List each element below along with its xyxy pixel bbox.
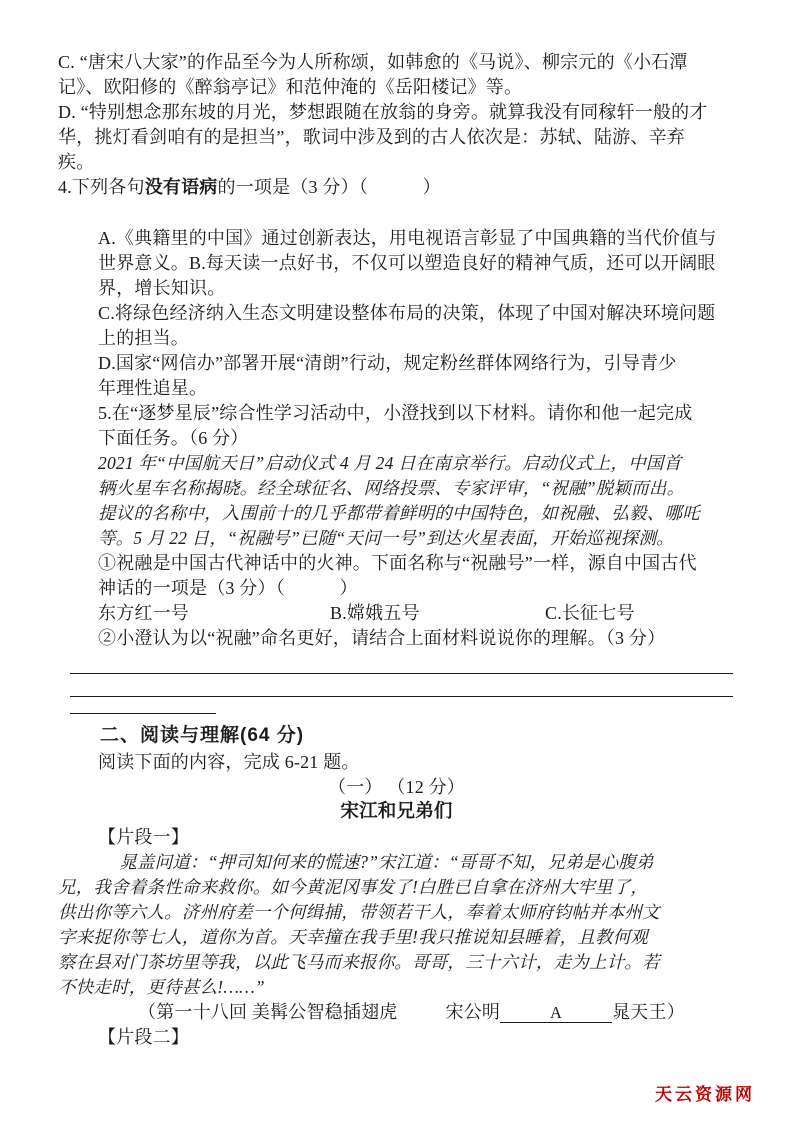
q4-option-line: 上的担当。 — [98, 326, 735, 351]
q5-sub1-line1: ①祝融是中国古代神话中的火神。下面名称与“祝融号”一样，源自中国古代 — [98, 551, 735, 576]
answer-line — [70, 651, 733, 674]
q5-sub2: ②小澄认为以“祝融”命名更好，请结合上面材料说说你的理解。（3 分） — [98, 626, 735, 651]
q5-material-line: 2021 年“中国航天日”启动仪式 4 月 24 日在南京举行。启动仪式上，中国… — [98, 451, 735, 476]
reading-title: 宋江和兄弟们 — [58, 800, 735, 825]
fragment2-label: 【片段二】 — [98, 1025, 735, 1050]
q4-stem-bold-phrase: 没有语病 — [145, 177, 218, 197]
q5-material-line: 等。5 月 22 日，“祝融号”已随“天问一号”到达火星表面，开始巡视探测。 — [98, 526, 735, 551]
q4-stem: 4.下列各句没有语病的一项是（3 分）（ ） — [58, 175, 735, 200]
exam-paper-page: C. “唐宋八大家”的作品至今为人所称颂，如韩愈的《马说》、柳宗元的《小石潭 记… — [0, 0, 793, 1050]
q3-option-d-line1: D. “特别想念那东坡的月光，梦想跟随在放翁的身旁。就算我没有同稼轩一般的才 — [58, 100, 735, 125]
section2-intro: 阅读下面的内容，完成 6-21 题。 — [98, 750, 735, 775]
answer-line-short — [70, 697, 216, 714]
passage-line: 字来捉你等七人，道你为首。天幸撞在我手里!我只推说知县睡着，且教何观 — [58, 925, 735, 950]
q3-option-c-line1: C. “唐宋八大家”的作品至今为人所称颂，如韩愈的《马说》、柳宗元的《小石潭 — [58, 50, 735, 75]
fragment1-label: 【片段一】 — [98, 825, 735, 850]
attribution-blank-a: A — [500, 1003, 612, 1023]
q3-option-d-line3: 疾。 — [58, 150, 735, 175]
q5-material-line: 提议的名称中，入围前十的几乎都带着鲜明的中国特色，如祝融、弘毅、哪吒 — [98, 501, 735, 526]
q4-stem-suffix: 的一项是（3 分）（ ） — [218, 177, 441, 197]
q5-sub1-line2: 神话的一项是（3 分）（ ） — [98, 576, 735, 601]
section2-heading: 二、阅读与理解(64 分) — [100, 722, 735, 750]
q4-option-line: C.将绿色经济纳入生态文明建设整体布局的决策，体现了中国对解决环境问题 — [98, 301, 735, 326]
spacer — [58, 200, 735, 226]
q3-option-d-line2: 华，挑灯看剑咱有的是担当”，歌词中涉及到的古人依次是：苏轼、陆游、辛弃 — [58, 125, 735, 150]
part-label: （一） （12 分） — [58, 775, 735, 800]
passage-line: 晁盖问道：“押司知何来的慌速?”宋江道：“哥哥不知，兄弟是心腹弟 — [58, 850, 735, 875]
attribution-suffix: 晁天王） — [612, 1002, 685, 1022]
q5-option-b: B.嫦娥五号 — [330, 601, 545, 626]
passage-attribution: （第一十八回 美髯公智稳插翅虎宋公明A晁天王） — [138, 1000, 735, 1025]
q5-material-line: 辆火星车名称揭晓。经全球征名、网络投票、专家评审，“祝融”脱颖而出。 — [98, 476, 735, 501]
site-watermark: 天云资源网 — [655, 1080, 755, 1105]
q4-option-line: 世界意义。B.每天读一点好书，不仅可以塑造良好的精神气质，还可以开阔眼 — [98, 251, 735, 276]
passage-line: 兄，我舍着条性命来救你。如今黄泥冈事发了!白胜已自拿在济州大牢里了， — [58, 875, 735, 900]
q4-option-line: 界，增长知识。 — [98, 276, 735, 301]
q4-option-line: D.国家“网信办”部署开展“清朗”行动，规定粉丝群体网络行为，引导青少 — [98, 351, 735, 376]
q4-stem-prefix: 4.下列各句 — [58, 177, 145, 197]
q5-option-c: C.长征七号 — [545, 601, 635, 626]
answer-line — [70, 674, 733, 697]
attribution-name: 宋公明 — [446, 1002, 501, 1022]
attribution-chapter: （第一十八回 美髯公智稳插翅虎 — [138, 1002, 398, 1022]
q5-stem-line2: 下面任务。（6 分） — [98, 426, 735, 451]
q5-stem-line1: 5.在“逐梦星辰”综合性学习活动中，小澄找到以下材料。请你和他一起完成 — [98, 401, 735, 426]
q4-option-line: 年理性追星。 — [98, 376, 735, 401]
q4-option-line: A.《典籍里的中国》通过创新表达，用电视语言彰显了中国典籍的当代价值与 — [98, 226, 735, 251]
passage-line: 供出你等六人。济州府差一个何缉捕，带领若干人，奉着太师府钧帖并本州文 — [58, 900, 735, 925]
passage-line: 不快走时，更待甚么!……” — [58, 975, 735, 1000]
q5-options-row: 东方红一号 B.嫦娥五号 C.长征七号 — [98, 601, 735, 626]
q5-option-a: 东方红一号 — [98, 601, 330, 626]
passage-line: 察在县对门茶坊里等我，以此飞马而来报你。哥哥，三十六计，走为上计。若 — [58, 950, 735, 975]
q3-option-c-line2: 记》、欧阳修的《醉翁亭记》和范仲淹的《岳阳楼记》等。 — [58, 75, 735, 100]
